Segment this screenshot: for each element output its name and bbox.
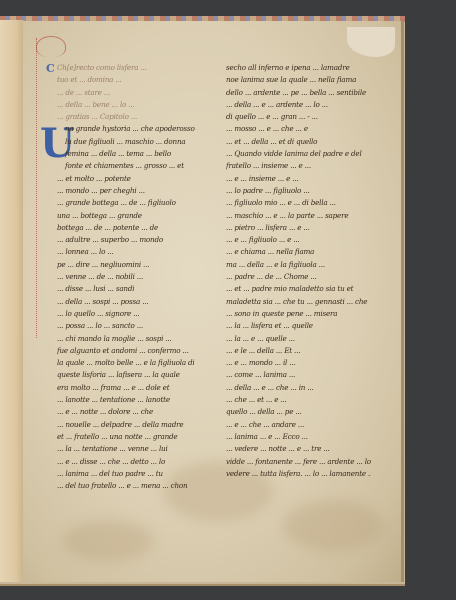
text-line: ... et molto ... potente — [57, 173, 197, 185]
text-line: ... e ... figliuolo ... e ... — [226, 234, 371, 246]
text-line: ... e le ... della ... Et ... — [226, 345, 371, 357]
rubric-line: Ch[e]recto como lisfera ... — [57, 62, 197, 74]
left-text-column: Ch[e]recto como lisfera ... tuo et ... d… — [57, 62, 197, 492]
text-line: ... e ... che ... andare ... — [226, 419, 371, 431]
text-line: lu due figliuoli ... maschio ... donna — [57, 136, 197, 148]
text-line: ... venne ... de ... nobili ... — [57, 271, 197, 283]
water-stain — [63, 521, 153, 561]
rubric-line: ... de ... stare ... — [57, 87, 197, 99]
text-line: ... e ... disse ... che ... detto ... lo — [57, 456, 197, 468]
text-line: ... lanima ... del tuo padre ... tu — [57, 468, 197, 480]
folded-corner — [347, 27, 395, 57]
text-line: quello ... della ... pe ... — [226, 406, 371, 418]
text-line: ... del tuo fratello ... e ... mena ... … — [57, 480, 197, 492]
text-line: ... padre ... de ... Chome ... — [226, 271, 371, 283]
text-line: ... e ... insieme ... e ... — [226, 173, 371, 185]
text-line: ... lanima ... e ... Ecco ... — [226, 431, 371, 443]
text-line: ... sono in queste pene ... misera — [226, 308, 371, 320]
rubric-initial: C — [46, 62, 55, 75]
text-line: ... pietro ... lisfera ... e ... — [226, 222, 371, 234]
text-line: ... che ... et ... e ... — [226, 394, 371, 406]
text-line: ... e ... mondo ... il ... — [226, 357, 371, 369]
text-line: ... maschio ... e ... la parte ... saper… — [226, 210, 371, 222]
text-line: una ... bottega ... grande — [57, 210, 197, 222]
text-line: noe lanima sue la quale ... nella fiama — [226, 74, 371, 86]
text-line: ... nouelle ... delpadre ... della madre — [57, 419, 197, 431]
text-line: di quello ... e ... gran ... - ... — [226, 111, 371, 123]
text-line: ... della ... e ... che ... in ... — [226, 382, 371, 394]
text-line: pe ... dire ... negliuomini ... — [57, 259, 197, 271]
text-line: maladetta sia ... che tu ... gennasti ..… — [226, 296, 371, 308]
text-line: secho all inferno e ipena ... lamadre — [226, 62, 371, 74]
text-line: ... lo padre ... figliuolo ... — [226, 185, 371, 197]
text-line: fue alguanto et andomi ... confermo ... — [57, 345, 197, 357]
text-line: ... et ... della ... et di quello — [226, 136, 371, 148]
text-line: ... come ... lanima ... — [226, 369, 371, 381]
text-line: la quale ... molto belle ... e la figliu… — [57, 357, 197, 369]
rubric-line: tuo et ... domina ... — [57, 74, 197, 86]
text-line: ... Quando vidde lanima del padre e del — [226, 148, 371, 160]
text-line: ... lonnea ... lo ... — [57, 246, 197, 258]
text-line: ... adultre ... superbo ... mondo — [57, 234, 197, 246]
text-line: bottega ... de ... potente ... de — [57, 222, 197, 234]
rubric-line: ... della ... bene ... lo ... — [57, 99, 197, 111]
text-line: ... e ... notte ... dolore ... che — [57, 406, 197, 418]
text-line: ... della ... sospi ... possa ... — [57, 296, 197, 308]
text-line: ... mondo ... per cheghi ... — [57, 185, 197, 197]
text-line: ... della ... e ... ardente ... lo ... — [226, 99, 371, 111]
text-line: ... la ... tentatione ... venne ... lui — [57, 443, 197, 455]
right-text-column: secho all inferno e ipena ... lamadrenoe… — [226, 62, 371, 480]
text-line: ... vedere ... notte ... e ... tre ... — [226, 443, 371, 455]
rubric-block: Ch[e]recto como lisfera ... tuo et ... d… — [57, 62, 197, 123]
text-line: ... lo quello ... signore ... — [57, 308, 197, 320]
text-line: ... la ... e ... quelle ... — [226, 333, 371, 345]
illuminated-initial: U — [40, 122, 58, 166]
text-line: queste lisforia ... lafisera ... la qual… — [57, 369, 197, 381]
text-line: na grande hystoria ... che apoderosso de — [57, 123, 197, 135]
text-line: et ... fratello ... una notte ... grande — [57, 431, 197, 443]
text-line: ... figliuolo mio ... e ... di bella ... — [226, 197, 371, 209]
text-line: ... mosso ... e ... che ... e — [226, 123, 371, 135]
text-line: fonte et chiamentes ... grosso ... et — [57, 160, 197, 172]
marginal-flourish-decoration — [36, 38, 51, 338]
text-line: vidde ... fontanente ... fere ... ardent… — [226, 456, 371, 468]
text-line: fratello ... insieme ... e ... — [226, 160, 371, 172]
left-body-text: na grande hystoria ... che apoderosso de… — [57, 123, 197, 492]
text-line: ... grande bottega ... de ... figliuolo — [57, 197, 197, 209]
text-line: ... chi mando la moglie ... sospi ... — [57, 333, 197, 345]
text-line: ma ... della ... e la figliuola ... — [226, 259, 371, 271]
text-line: ... disse ... lusi ... sandi — [57, 283, 197, 295]
flyleaf-edge — [0, 20, 24, 582]
text-line: ... lanotte ... tentatione ... lanotte — [57, 394, 197, 406]
text-line: dello ... ardente ... pe ... bella ... s… — [226, 87, 371, 99]
text-line: era molto ... frama ... e ... dole et — [57, 382, 197, 394]
text-line: femina ... della ... tema ... bello — [57, 148, 197, 160]
text-line: ... e chiama ... nella fiama — [226, 246, 371, 258]
text-line: vedere ... tutta lisfera. ... lo ... lam… — [226, 468, 371, 480]
rubric-line: ... gratias ... Capitolo ... — [57, 111, 197, 123]
text-line: ... et ... padre mio maladetto sia tu et — [226, 283, 371, 295]
water-stain — [283, 501, 383, 551]
text-line: ... possa ... lo ... sancto ... — [57, 320, 197, 332]
text-line: ... la ... lisfera et ... quelle — [226, 320, 371, 332]
